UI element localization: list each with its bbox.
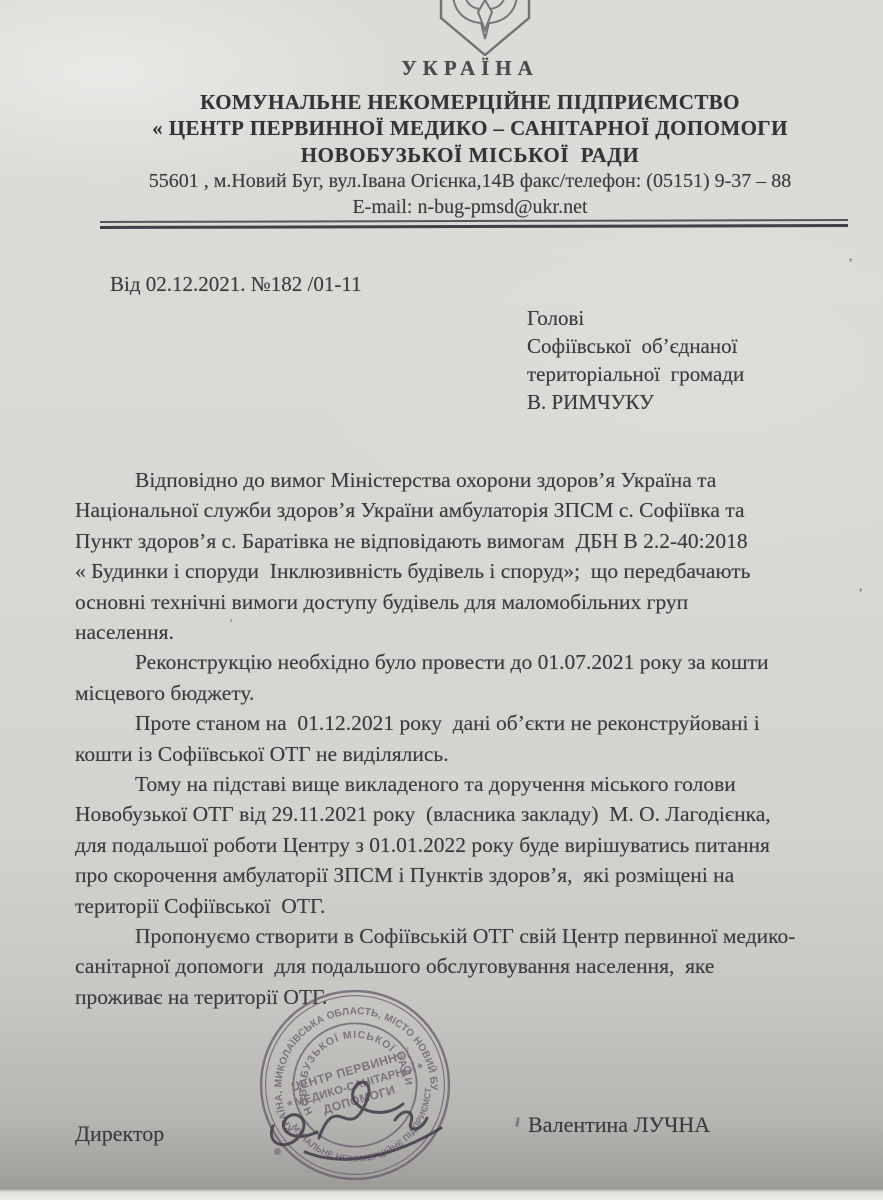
body-line: Пункт здоров’я с. Баратівка не відповіда…	[75, 529, 748, 554]
org-name-line3: НОВОБУЗЬКОЇ МІСЬКОЇ РАДИ	[60, 143, 880, 168]
addressee-name: В. РИМЧУКУ	[527, 390, 654, 415]
body-line: Новобузької ОТГ від 29.11.2021 року (вла…	[75, 802, 771, 827]
body-line: населення.	[75, 620, 174, 645]
body-line: Проте станом на 01.12.2021 року дані об’…	[75, 711, 760, 736]
org-name-line2: « ЦЕНТР ПЕРВИННОЇ МЕДИКО – САНІТАРНОЇ ДО…	[60, 116, 880, 141]
body-line: Відповідно до вимог Міністерства охорони…	[75, 468, 716, 493]
ink-speck: ’	[858, 586, 863, 603]
body-line: Пропонуємо створити в Софіївській ОТГ св…	[75, 924, 795, 949]
handwritten-signature	[245, 1048, 485, 1178]
body-line: для подальшої роботи Центру з 01.01.2022…	[75, 833, 770, 858]
body-line: місцевого бюджету.	[75, 681, 254, 706]
scanned-letter-page: УКРАЇНА КОМУНАЛЬНЕ НЕКОМЕРЦІЙНЕ ПІДПРИЄМ…	[0, 0, 883, 1200]
trident-coat-of-arms-icon	[437, 0, 533, 56]
ink-dot	[274, 1148, 281, 1155]
addressee-line: територіальної громади	[527, 362, 744, 387]
signer-role: Директор	[75, 1121, 164, 1147]
header-divider	[100, 219, 848, 229]
body-line: санітарної допомоги для подальшого обслу…	[75, 954, 714, 979]
body-line: « Будинки і споруди Інклюзивність будіве…	[75, 559, 750, 584]
ink-speck: ’	[229, 616, 233, 631]
ink-dash	[515, 1117, 519, 1127]
body-line: про скорочення амбулаторії ЗПСМ і Пункті…	[75, 863, 734, 888]
country-title: УКРАЇНА	[60, 56, 880, 81]
org-email-line: E-mail: n-bug-pmsd@ukr.net	[60, 196, 880, 219]
body-line: кошти із Софіївської ОТГ не виділялись.	[75, 742, 449, 767]
signer-name: Валентина ЛУЧНА	[528, 1112, 710, 1138]
body-line: основні технічні вимоги доступу будівель…	[75, 590, 688, 615]
reference-number: Від 02.12.2021. №182 /01-11	[110, 272, 362, 297]
org-address-line: 55601 , м.Новий Буг, вул.Івана Огієнка,1…	[60, 170, 880, 193]
paper-bottom-edge	[0, 1188, 883, 1200]
addressee-line: Голові	[527, 306, 584, 331]
body-line: Національної служби здоров’я України амб…	[75, 498, 745, 523]
body-line: території Софіївської ОТГ.	[75, 894, 325, 919]
addressee-line: Софіївської об’єднаної	[527, 334, 737, 359]
org-name-line1: КОМУНАЛЬНЕ НЕКОМЕРЦІЙНЕ ПІДПРИЄМСТВО	[60, 90, 880, 115]
ink-speck: ’	[848, 256, 853, 273]
body-line: Реконструкцію необхідно було провести до…	[75, 650, 768, 675]
body-line: Тому на підставі вище викладеного та дор…	[75, 772, 736, 797]
